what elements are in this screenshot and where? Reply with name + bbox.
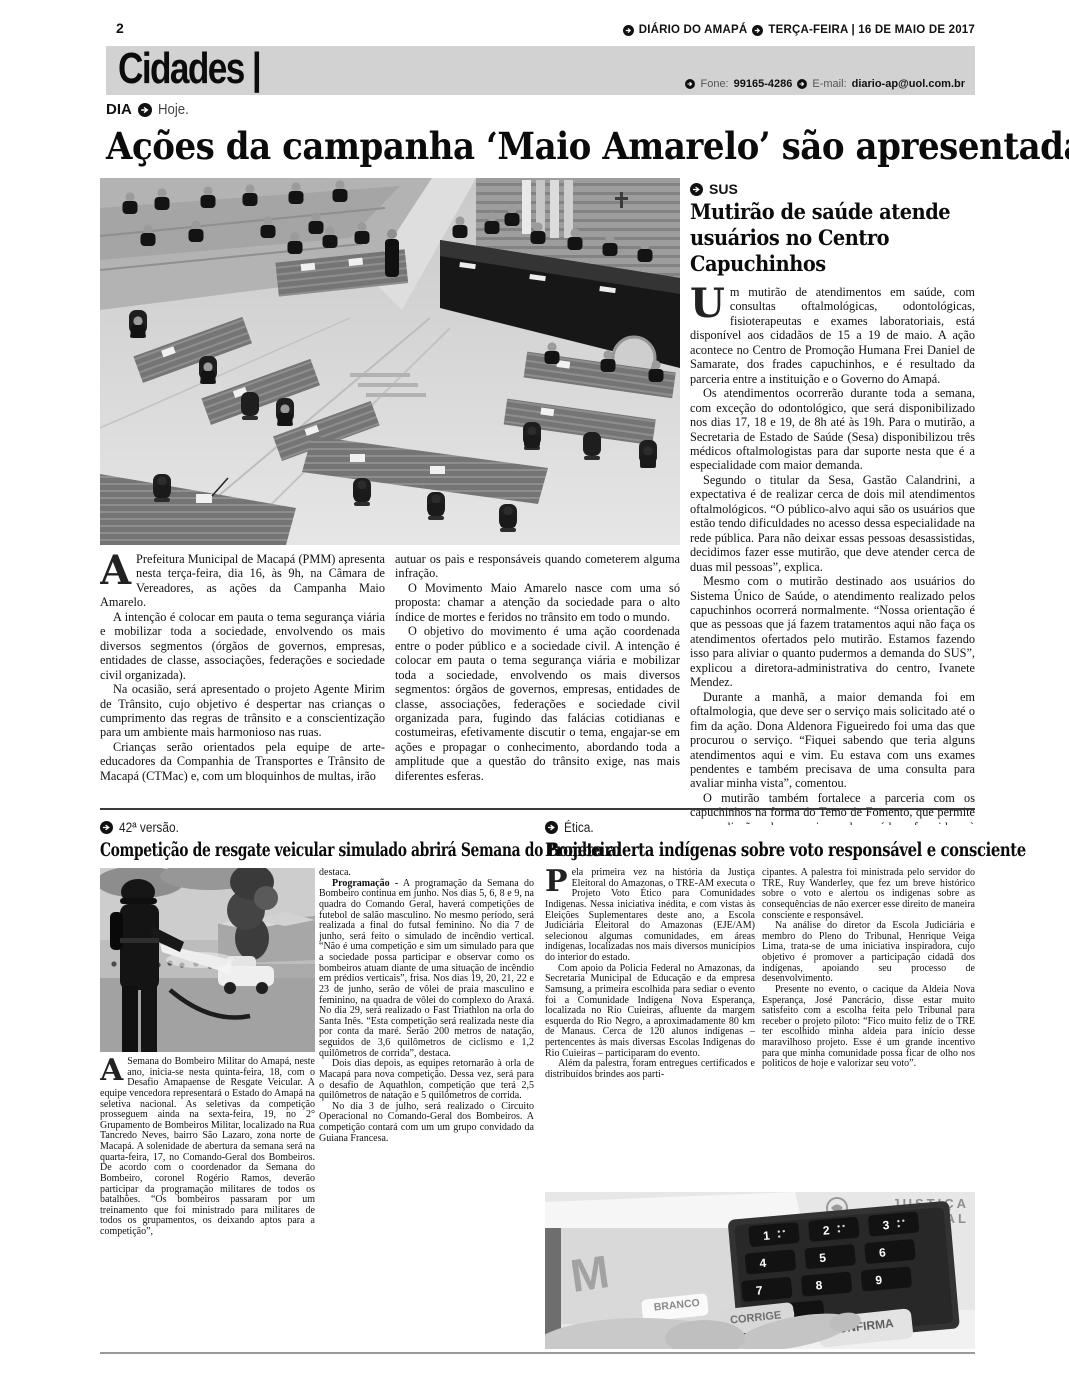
paragraph: Os atendimentos ocorrerão durante toda a… <box>690 386 975 473</box>
voting-machine-photo: M JUSTIÇA ELEITORAL 1 2 3 4 5 6 <box>545 1192 975 1349</box>
paragraph: Na ocasião, será apresentado o projeto A… <box>100 682 385 740</box>
etica-headline-wrap: Projeto alerta indígenas sobre voto resp… <box>545 839 975 861</box>
arrow-circle-icon <box>545 821 558 834</box>
drop-cap: A <box>100 552 136 587</box>
globe-bullet-icon <box>623 25 634 36</box>
paragraph: cipantes. A palestra foi ministrada pelo… <box>762 868 975 921</box>
chamber-photo-illustration <box>100 178 680 545</box>
paragraph: A intenção é colocar em pauta o tema seg… <box>100 610 385 682</box>
main-headline-wrap: Ações da campanha ‘Maio Amarelo’ são apr… <box>106 124 975 168</box>
page-number: 2 <box>116 20 124 36</box>
kicker-bombeiro: 42ª versão. <box>100 820 535 835</box>
paragraph: Mesmo com o mutirão destinado aos usuári… <box>690 574 975 690</box>
paragraph: Crianças serão orientados pela equipe de… <box>100 740 385 783</box>
section-divider <box>100 808 975 810</box>
kicker-etica-label: Ética. <box>564 820 594 835</box>
kicker-dia-sub: Hoje. <box>158 101 189 118</box>
section-masthead: Cidades | <box>118 44 260 93</box>
arrow-circle-icon <box>690 183 703 196</box>
article-sus: SUS Mutirão de saúde atende usuários no … <box>690 181 975 825</box>
paragraph: No dia 3 de julho, será realizado o Circ… <box>319 1102 534 1145</box>
newspaper-page: 2 DIÁRIO DO AMAPÁ TERÇA-FEIRA | 16 DE MA… <box>0 0 1069 1383</box>
paragraph: Além da palestra, foram entregues certif… <box>545 1059 755 1080</box>
sus-body: Um mutirão de atendimentos em saúde, com… <box>690 285 975 825</box>
kicker-sus: SUS <box>690 181 975 197</box>
paragraph: APrefeitura Municipal de Macapá (PMM) ap… <box>100 552 385 610</box>
dateline-paper: DIÁRIO DO AMAPÁ <box>639 24 748 36</box>
drop-cap: A <box>100 1057 127 1084</box>
main-photo-chamber <box>100 178 680 545</box>
paragraph: Dois dias depois, as equipes retornarão … <box>319 1059 534 1102</box>
sus-headline: Mutirão de saúde atende usuários no Cent… <box>690 200 975 278</box>
paragraph: Com apoio da Policia Federal no Amazonas… <box>545 964 755 1060</box>
kicker-bombeiro-label: 42ª versão. <box>119 820 179 835</box>
dateline-date: TERÇA-FEIRA | 16 DE MAIO DE 2017 <box>768 24 975 36</box>
paragraph: Segundo o titular da Sesa, Gastão Caland… <box>690 473 975 574</box>
arrow-circle-icon <box>138 103 152 117</box>
kicker-dia: DIA Hoje. <box>106 101 193 118</box>
main-headline: Ações da campanha ‘Maio Amarelo’ são apr… <box>106 124 975 168</box>
paragraph: Durante a manhã, a maior demanda foi em … <box>690 690 975 791</box>
contact-line: Fone: 99165-4286 E-mail: diario-ap@uol.c… <box>685 78 965 90</box>
kicker-sus-label: SUS <box>709 181 738 197</box>
etica-col2: cipantes. A palestra foi ministrada pelo… <box>762 868 975 1190</box>
etica-headline: Projeto alerta indígenas sobre voto resp… <box>545 839 974 861</box>
kicker-dia-label: DIA <box>106 101 132 118</box>
phone-number: 99165-4286 <box>734 78 793 90</box>
etica-col1: Pela primeira vez na história da Justiça… <box>545 868 755 1190</box>
email-address: diario-ap@uol.com.br <box>852 78 965 90</box>
paragraph: Na análise do diretor da Escola Judiciár… <box>762 921 975 985</box>
paragraph: Pela primeira vez na história da Justiça… <box>545 868 755 964</box>
email-bullet-icon <box>797 79 807 89</box>
bombeiro-col2: destaca.Programação - A programação da S… <box>319 868 534 1355</box>
paragraph: autuar os pais e responsáveis quando com… <box>395 552 680 581</box>
paragraph: O Movimento Maio Amarelo nasce com uma s… <box>395 581 680 624</box>
phone-label: Fone: <box>700 78 728 90</box>
bottom-rule <box>100 1352 975 1354</box>
phone-bullet-icon <box>685 79 695 89</box>
screen-letter: M <box>567 1245 612 1302</box>
article-bombeiro: 42ª versão. Competição de resgate veicul… <box>100 820 535 861</box>
voting-machine-illustration: M JUSTIÇA ELEITORAL 1 2 3 4 5 6 <box>545 1192 975 1349</box>
main-article-col1: APrefeitura Municipal de Macapá (PMM) ap… <box>100 552 385 806</box>
dateline: DIÁRIO DO AMAPÁ TERÇA-FEIRA | 16 DE MAIO… <box>623 24 975 36</box>
paragraph: ASemana do Bombeiro Militar do Amapá, ne… <box>100 1057 315 1238</box>
main-article-col2: autuar os pais e responsáveis quando com… <box>395 552 680 806</box>
firefighter-photo-illustration <box>100 868 315 1052</box>
kicker-etica: Ética. <box>545 820 975 835</box>
article-etica: Ética. Projeto alerta indígenas sobre vo… <box>545 820 975 861</box>
bombeiro-headline: Competição de resgate veicular simulado … <box>100 839 535 861</box>
paragraph: O objetivo do movimento é uma ação coord… <box>395 624 680 783</box>
drop-cap: P <box>545 868 572 895</box>
paragraph: Presente no evento, o cacique da Aldeia … <box>762 985 975 1070</box>
globe-bullet-icon <box>752 25 763 36</box>
arrow-circle-icon <box>100 821 113 834</box>
paragraph: Programação - A programação da Semana do… <box>319 879 534 1060</box>
firefighter-photo <box>100 868 315 1052</box>
sus-headline-wrap: Mutirão de saúde atende usuários no Cent… <box>690 200 975 278</box>
drop-cap: U <box>690 285 730 320</box>
paragraph: Um mutirão de atendimentos em saúde, com… <box>690 285 975 386</box>
bombeiro-col1: ASemana do Bombeiro Militar do Amapá, ne… <box>100 1057 315 1355</box>
email-label: E-mail: <box>812 78 846 90</box>
section-band: Cidades | Fone: 99165-4286 E-mail: diari… <box>106 46 975 95</box>
bombeiro-headline-wrap: Competição de resgate veicular simulado … <box>100 839 535 861</box>
